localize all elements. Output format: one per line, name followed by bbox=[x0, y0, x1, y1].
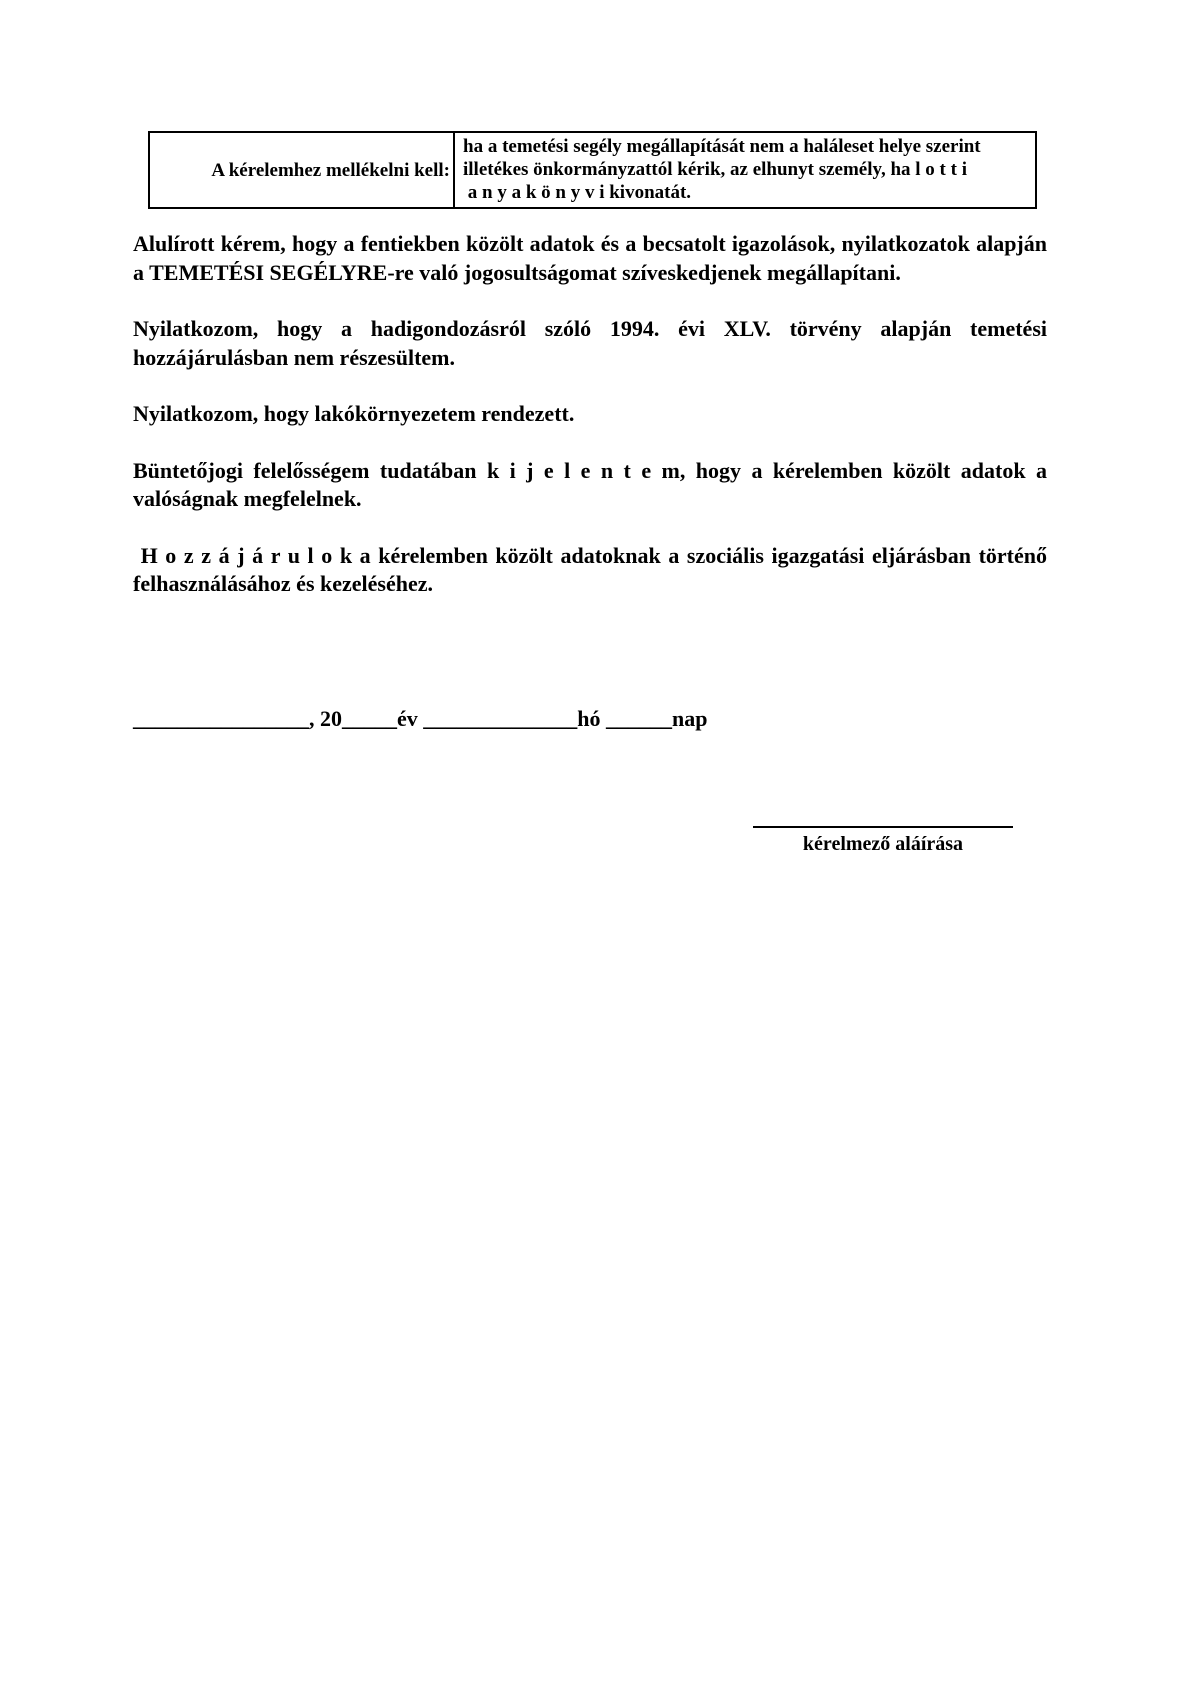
paragraph-request-statement: Alulírott kérem, hogy a fentiekben közöl… bbox=[133, 230, 1047, 287]
attachments-table: A kérelemhez mellékelni kell: ha a temet… bbox=[148, 131, 1037, 209]
document-page: A kérelemhez mellékelni kell: ha a temet… bbox=[0, 0, 1190, 1683]
date-day-label: nap bbox=[672, 706, 707, 731]
date-month-blank: ______________ bbox=[423, 706, 577, 731]
paragraph-data-consent-declaration: H o z z á j á r u l o k a kérelemben köz… bbox=[133, 542, 1047, 599]
attachments-content-line-1: ha a temetési segély megállapítását nem … bbox=[463, 135, 1031, 158]
paragraph-war-care-declaration: Nyilatkozom, hogy a hadigondozásról szól… bbox=[133, 315, 1047, 372]
attachments-content-line-2: illetékes önkormányzattól kérik, az elhu… bbox=[463, 158, 1031, 181]
paragraph-criminal-liability-declaration: Büntetőjogi felelősségem tudatában k i j… bbox=[133, 457, 1047, 514]
date-month-label: hó bbox=[577, 706, 606, 731]
signature-block: kérelmező aláírása bbox=[753, 826, 1013, 857]
date-place-blank: ________________ bbox=[133, 706, 309, 731]
date-prefix: , 20 bbox=[309, 706, 342, 731]
date-year-blank: _____ bbox=[342, 706, 397, 731]
date-year-label: év bbox=[397, 706, 423, 731]
attachments-content-line-3: a n y a k ö n y v i kivonatát. bbox=[463, 181, 1031, 204]
attachments-table-label: A kérelemhez mellékelni kell: bbox=[150, 133, 455, 207]
date-line: ________________, 20_____év ____________… bbox=[133, 705, 1047, 733]
attachments-table-content: ha a temetési segély megállapítását nem … bbox=[455, 133, 1035, 207]
date-day-blank: ______ bbox=[606, 706, 672, 731]
document-content: A kérelemhez mellékelni kell: ha a temet… bbox=[133, 0, 1047, 857]
paragraph-living-environment-declaration: Nyilatkozom, hogy lakókörnyezetem rendez… bbox=[133, 400, 1047, 429]
signature-label: kérelmező aláírása bbox=[753, 828, 1013, 857]
